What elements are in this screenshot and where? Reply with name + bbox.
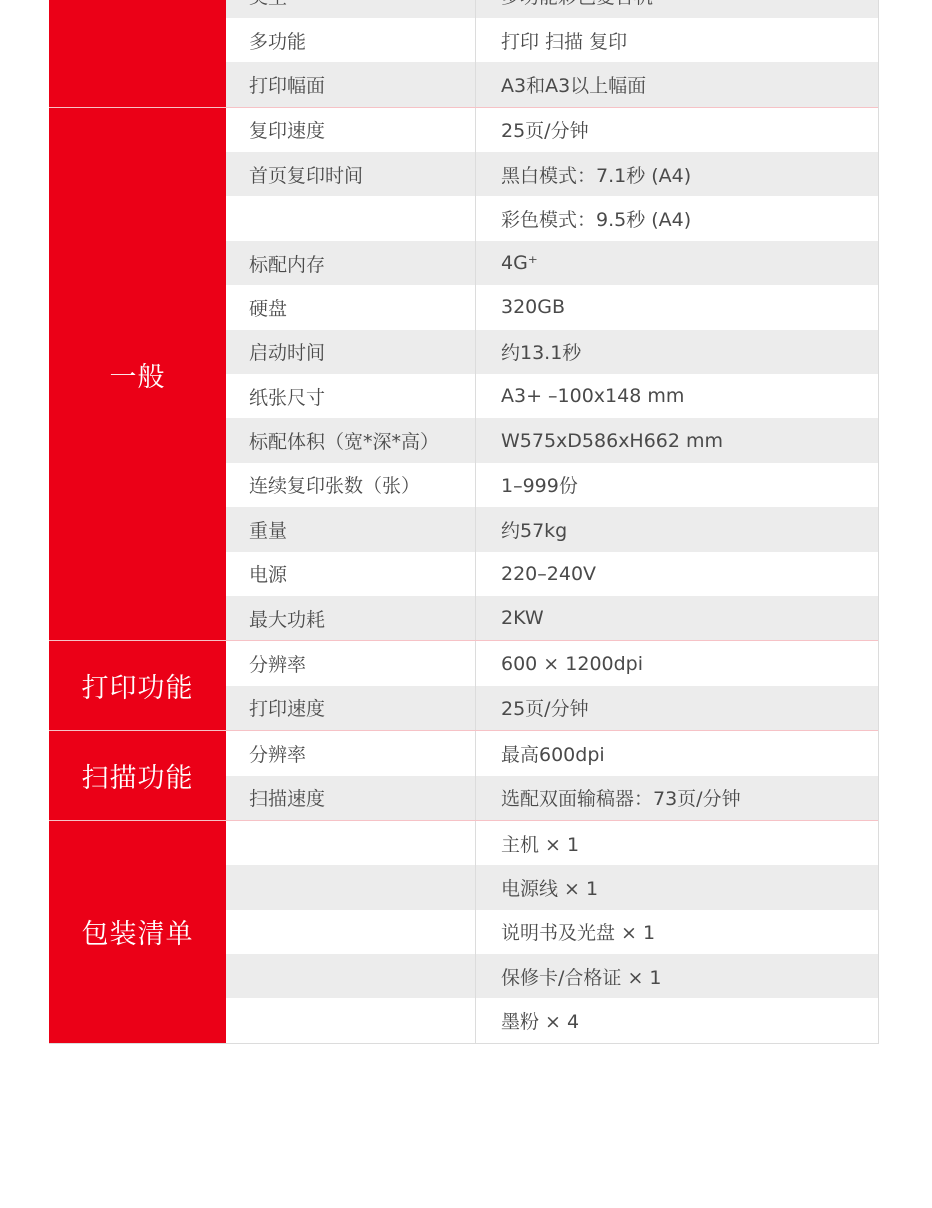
table-row: 保修卡/合格证 × 1 xyxy=(226,954,878,998)
spec-value: 1–999份 xyxy=(476,463,878,507)
table-row: 首页复印时间 黑白模式：7.1秒 (A4) xyxy=(226,152,878,196)
spec-value: 25页/分钟 xyxy=(476,108,878,152)
spec-key: 硬盘 xyxy=(226,285,476,329)
spec-key: 首页复印时间 xyxy=(226,152,476,196)
table-row: 纸张尺寸 A3+ –100x148 mm xyxy=(226,374,878,418)
table-row: 扫描速度 选配双面输稿器：73页/分钟 xyxy=(226,776,878,820)
spec-key: 打印速度 xyxy=(226,686,476,730)
spec-value: 选配双面输稿器：73页/分钟 xyxy=(476,776,878,820)
section-label xyxy=(49,0,226,107)
spec-key: 启动时间 xyxy=(226,330,476,374)
section-rows: 分辨率 600 × 1200dpi 打印速度 25页/分钟 xyxy=(226,641,878,730)
spec-value: 600 × 1200dpi xyxy=(476,641,878,685)
spec-key: 扫描速度 xyxy=(226,776,476,820)
spec-value: 2KW xyxy=(476,596,878,640)
table-row: 重量 约57kg xyxy=(226,507,878,551)
spec-key: 分辨率 xyxy=(226,641,476,685)
spec-value: 打印 扫描 复印 xyxy=(476,18,878,62)
section-print: 打印功能 分辨率 600 × 1200dpi 打印速度 25页/分钟 xyxy=(49,640,878,730)
spec-value: 黑白模式：7.1秒 (A4) xyxy=(476,152,878,196)
spec-key xyxy=(226,998,476,1042)
spec-value: 墨粉 × 4 xyxy=(476,998,878,1042)
spec-key: 电源 xyxy=(226,552,476,596)
table-row: 类型 多功能彩色复合机 xyxy=(226,0,878,18)
spec-value: 保修卡/合格证 × 1 xyxy=(476,954,878,998)
table-row: 彩色模式：9.5秒 (A4) xyxy=(226,196,878,240)
table-row: 主机 × 1 xyxy=(226,821,878,865)
spec-value: 彩色模式：9.5秒 (A4) xyxy=(476,196,878,240)
spec-key: 纸张尺寸 xyxy=(226,374,476,418)
section-package-list: 包装清单 主机 × 1 电源线 × 1 说明书及光盘 × 1 保修卡/合格证 ×… xyxy=(49,820,878,1043)
spec-value: 多功能彩色复合机 xyxy=(476,0,878,18)
spec-key xyxy=(226,865,476,909)
table-row: 说明书及光盘 × 1 xyxy=(226,910,878,954)
spec-key: 最大功耗 xyxy=(226,596,476,640)
spec-value: 主机 × 1 xyxy=(476,821,878,865)
spec-key: 多功能 xyxy=(226,18,476,62)
section-general: 一般 复印速度 25页/分钟 首页复印时间 黑白模式：7.1秒 (A4) 彩色模… xyxy=(49,107,878,641)
spec-key: 打印幅面 xyxy=(226,62,476,106)
spec-value: 电源线 × 1 xyxy=(476,865,878,909)
spec-key: 类型 xyxy=(226,0,476,18)
spec-key xyxy=(226,196,476,240)
spec-value: A3和A3以上幅面 xyxy=(476,62,878,106)
table-row: 电源线 × 1 xyxy=(226,865,878,909)
spec-key: 重量 xyxy=(226,507,476,551)
table-row: 分辨率 600 × 1200dpi xyxy=(226,641,878,685)
spec-key xyxy=(226,910,476,954)
table-row: 分辨率 最高600dpi xyxy=(226,731,878,775)
table-row: 打印幅面 A3和A3以上幅面 xyxy=(226,62,878,106)
table-row: 多功能 打印 扫描 复印 xyxy=(226,18,878,62)
spec-value: 320GB xyxy=(476,285,878,329)
spec-value: 约57kg xyxy=(476,507,878,551)
spec-key xyxy=(226,821,476,865)
table-row: 最大功耗 2KW xyxy=(226,596,878,640)
table-row: 电源 220–240V xyxy=(226,552,878,596)
table-row: 复印速度 25页/分钟 xyxy=(226,108,878,152)
table-row: 硬盘 320GB xyxy=(226,285,878,329)
spec-value: 25页/分钟 xyxy=(476,686,878,730)
spec-value: 约13.1秒 xyxy=(476,330,878,374)
section-rows: 复印速度 25页/分钟 首页复印时间 黑白模式：7.1秒 (A4) 彩色模式：9… xyxy=(226,108,878,641)
spec-key: 复印速度 xyxy=(226,108,476,152)
table-row: 标配内存 4G⁺ xyxy=(226,241,878,285)
table-row: 启动时间 约13.1秒 xyxy=(226,330,878,374)
section-label: 打印功能 xyxy=(49,641,226,730)
spec-value: 4G⁺ xyxy=(476,241,878,285)
section-label: 一般 xyxy=(49,108,226,641)
spec-value: 220–240V xyxy=(476,552,878,596)
spec-value: 最高600dpi xyxy=(476,731,878,775)
section-basic: 类型 多功能彩色复合机 多功能 打印 扫描 复印 打印幅面 A3和A3以上幅面 xyxy=(49,0,878,107)
table-row: 打印速度 25页/分钟 xyxy=(226,686,878,730)
section-label: 扫描功能 xyxy=(49,731,226,820)
spec-key: 分辨率 xyxy=(226,731,476,775)
table-row: 墨粉 × 4 xyxy=(226,998,878,1042)
section-rows: 主机 × 1 电源线 × 1 说明书及光盘 × 1 保修卡/合格证 × 1 墨粉… xyxy=(226,821,878,1043)
spec-value: 说明书及光盘 × 1 xyxy=(476,910,878,954)
section-label: 包装清单 xyxy=(49,821,226,1043)
spec-key: 标配体积（宽*深*高） xyxy=(226,418,476,462)
section-rows: 分辨率 最高600dpi 扫描速度 选配双面输稿器：73页/分钟 xyxy=(226,731,878,820)
section-rows: 类型 多功能彩色复合机 多功能 打印 扫描 复印 打印幅面 A3和A3以上幅面 xyxy=(226,0,878,107)
section-scan: 扫描功能 分辨率 最高600dpi 扫描速度 选配双面输稿器：73页/分钟 xyxy=(49,730,878,820)
spec-key xyxy=(226,954,476,998)
spec-table: 类型 多功能彩色复合机 多功能 打印 扫描 复印 打印幅面 A3和A3以上幅面 … xyxy=(49,0,879,1044)
spec-key: 连续复印张数（张） xyxy=(226,463,476,507)
table-row: 标配体积（宽*深*高） W575xD586xH662 mm xyxy=(226,418,878,462)
spec-value: A3+ –100x148 mm xyxy=(476,374,878,418)
spec-value: W575xD586xH662 mm xyxy=(476,418,878,462)
table-row: 连续复印张数（张） 1–999份 xyxy=(226,463,878,507)
spec-key: 标配内存 xyxy=(226,241,476,285)
